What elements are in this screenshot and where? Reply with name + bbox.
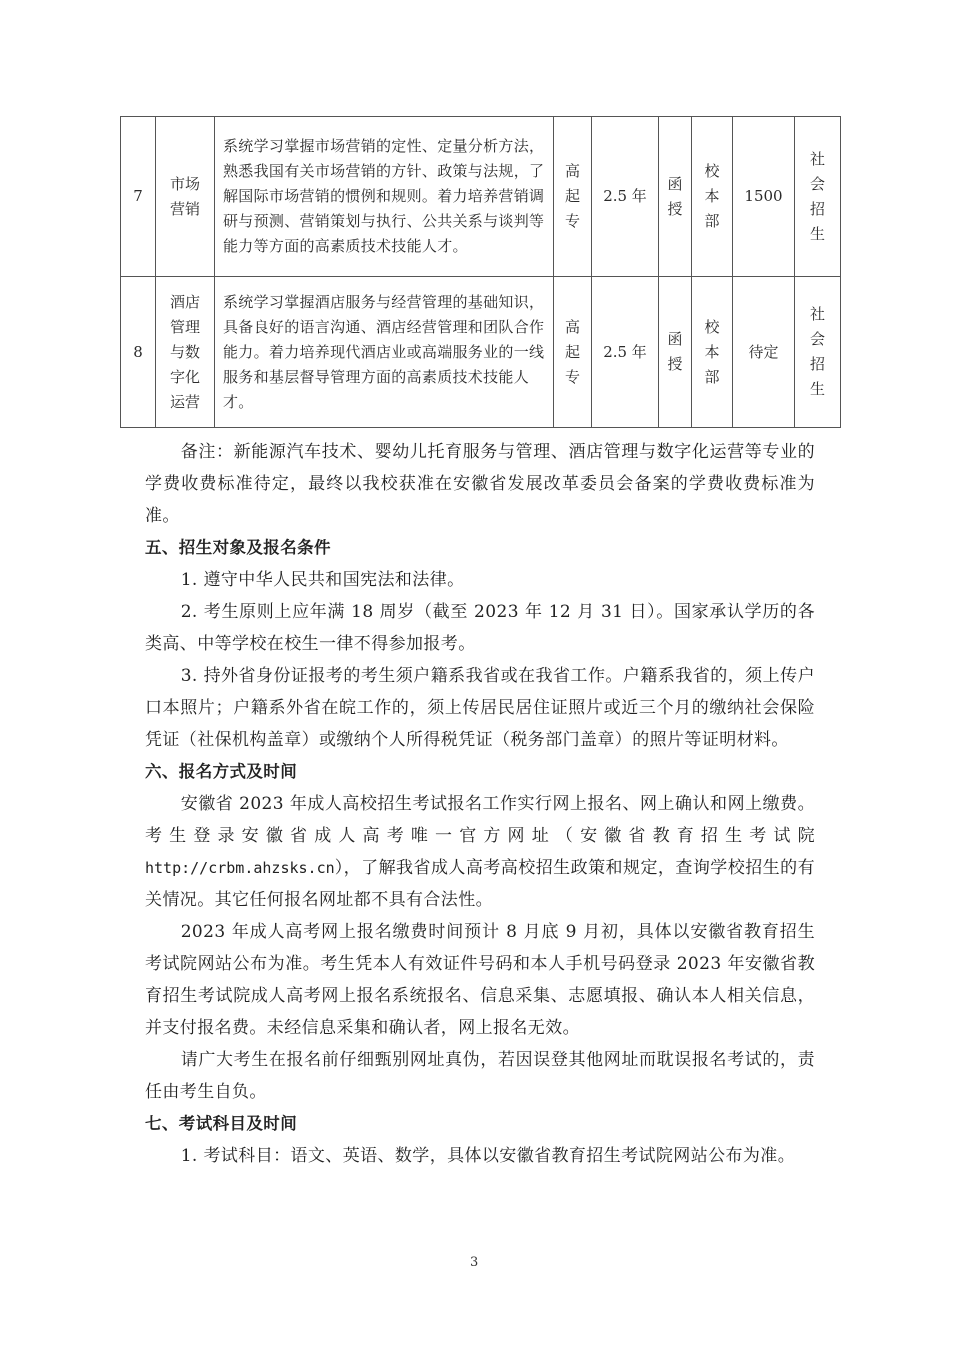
major-name: 酒店管理与数字化运营 — [156, 277, 215, 428]
table-row: 8 酒店管理与数字化运营 系统学习掌握酒店服务与经营管理的基础知识，具备良好的语… — [121, 277, 841, 428]
major-description: 系统学习掌握酒店服务与经营管理的基础知识，具备良好的语言沟通、酒店经营管理和团队… — [215, 277, 554, 428]
education-level: 高起专 — [554, 277, 592, 428]
majors-table: 7 市场营销 系统学习掌握市场营销的定性、定量分析方法，熟悉我国有关市场营销的方… — [120, 116, 841, 428]
study-location: 校本部 — [692, 277, 733, 428]
eligibility-item-1: 1. 遵守中华人民共和国宪法和法律。 — [145, 564, 815, 596]
row-number: 7 — [121, 117, 156, 277]
table-row: 7 市场营销 系统学习掌握市场营销的定性、定量分析方法，熟悉我国有关市场营销的方… — [121, 117, 841, 277]
section-heading-exam: 七、考试科目及时间 — [145, 1108, 815, 1140]
study-duration: 2.5 年 — [592, 117, 659, 277]
document-page: 7 市场营销 系统学习掌握市场营销的定性、定量分析方法，熟悉我国有关市场营销的方… — [0, 0, 960, 1357]
tuition-fee: 待定 — [733, 277, 795, 428]
study-mode: 函授 — [659, 277, 692, 428]
enrollment-type: 社会招生 — [795, 117, 841, 277]
major-name: 市场营销 — [156, 117, 215, 277]
registration-paragraph-1: 安徽省 2023 年成人高校招生考试报名工作实行网上报名、网上确认和网上缴费。考… — [145, 788, 815, 916]
exam-item-1: 1. 考试科目：语文、英语、数学，具体以安徽省教育招生考试院网站公布为准。 — [145, 1140, 815, 1172]
eligibility-item-2: 2. 考生原则上应年满 18 周岁（截至 2023 年 12 月 31 日）。国… — [145, 596, 815, 660]
section-heading-eligibility: 五、招生对象及报名条件 — [145, 532, 815, 564]
enrollment-type: 社会招生 — [795, 277, 841, 428]
row-number: 8 — [121, 277, 156, 428]
section-heading-registration: 六、报名方式及时间 — [145, 756, 815, 788]
study-duration: 2.5 年 — [592, 277, 659, 428]
eligibility-item-3: 3. 持外省身份证报考的考生须户籍系我省或在我省工作。户籍系我省的，须上传户口本… — [145, 660, 815, 756]
tuition-note: 备注：新能源汽车技术、婴幼儿托育服务与管理、酒店管理与数字化运营等专业的学费收费… — [145, 436, 815, 532]
document-body: 备注：新能源汽车技术、婴幼儿托育服务与管理、酒店管理与数字化运营等专业的学费收费… — [145, 436, 815, 1172]
registration-paragraph-3: 请广大考生在报名前仔细甄别网址真伪，若因误登其他网址而耽误报名考试的，责任由考生… — [145, 1044, 815, 1108]
registration-paragraph-2: 2023 年成人高考网上报名缴费时间预计 8 月底 9 月初，具体以安徽省教育招… — [145, 916, 815, 1044]
education-level: 高起专 — [554, 117, 592, 277]
tuition-fee: 1500 — [733, 117, 795, 277]
study-mode: 函授 — [659, 117, 692, 277]
major-description: 系统学习掌握市场营销的定性、定量分析方法，熟悉我国有关市场营销的方针、政策与法规… — [215, 117, 554, 277]
study-location: 校本部 — [692, 117, 733, 277]
page-number: 3 — [470, 1255, 478, 1270]
official-url: http://crbm.ahzsks.cn — [145, 859, 335, 877]
